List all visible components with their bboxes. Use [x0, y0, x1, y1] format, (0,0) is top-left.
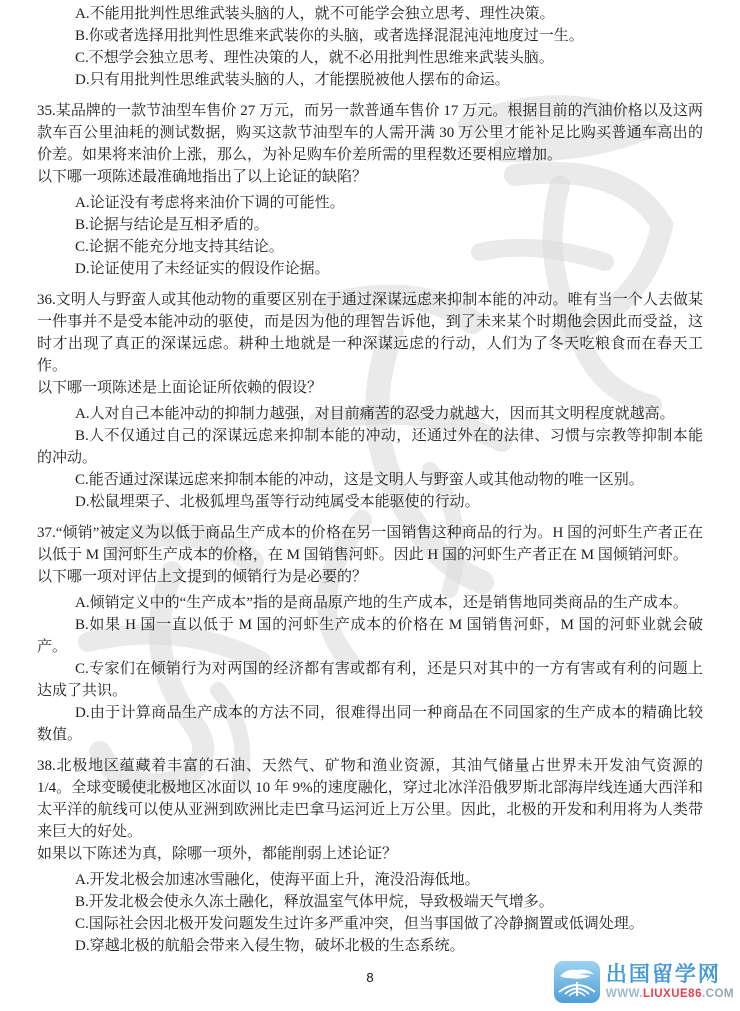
option-line: C.国际社会因北极开发问题发生过许多严重冲突，但当事国做了冷静搁置或低调处理。: [37, 913, 703, 935]
option-label: A.: [75, 406, 90, 422]
option-label: B.: [75, 617, 89, 633]
option-label: C.: [75, 50, 89, 66]
question-stem: 35.某品牌的一款节油型车售价 27 万元，而另一款普通车售价 17 万元。根据…: [37, 100, 703, 166]
option-line: A.论证没有考虑将来油价下调的可能性。: [37, 192, 703, 214]
question-prompt: 以下哪一项对评估上文提到的倾销行为是必要的？: [37, 566, 703, 588]
option-label: D.: [75, 72, 90, 88]
option-label: D.: [75, 261, 90, 277]
option-label: C.: [75, 916, 89, 932]
option-text: 你或者选择用批判性思维来武装你的头脑，或者选择混混沌沌地度过一生。: [89, 28, 584, 44]
option-label: A.: [75, 872, 90, 888]
option-line: C.能否通过深谋远虑来抑制本能的冲动，这是文明人与野蛮人或其他动物的唯一区别。: [37, 469, 703, 491]
option-line: A.不能用批判性思维武装头脑的人，就不可能学会独立思考、理性决策。: [37, 3, 703, 25]
site-url-domain: LIUXUE86: [643, 988, 702, 1000]
question-stem: 37.“倾销”被定义为以低于商品生产成本的价格在另一国销售这种商品的行为。H 国…: [37, 522, 703, 566]
question-text: 北极地区蕴藏着丰富的石油、天然气、矿物和渔业资源，其油气储量占世界未开发油气资源…: [37, 758, 703, 840]
option-line: D.由于计算商品生产成本的方法不同，很难得出同一种商品在不同国家的生产成本的精确…: [37, 702, 703, 746]
question-text: “倾销”被定义为以低于商品生产成本的价格在另一国销售这种商品的行为。H 国的河虾…: [37, 525, 703, 563]
question-37: 37.“倾销”被定义为以低于商品生产成本的价格在另一国销售这种商品的行为。H 国…: [37, 522, 703, 746]
question-prompt: 以下哪一项陈述最准确地指出了以上论证的缺陷？: [37, 166, 703, 188]
option-text: 不能用批判性思维武装头脑的人，就不可能学会独立思考、理性决策。: [90, 6, 555, 22]
option-text: 能否通过深谋远虑来抑制本能的冲动，这是文明人与野蛮人或其他动物的唯一区别。: [89, 472, 644, 488]
question-stem: 36.文明人与野蛮人或其他动物的重要区别在于通过深谋远虑来抑制本能的冲动。唯有当…: [37, 289, 703, 377]
option-label: A.: [75, 595, 90, 611]
option-label: D.: [75, 494, 90, 510]
option-line: D.论证使用了未经证实的假设作论据。: [37, 258, 703, 280]
question-number: 37.: [37, 525, 56, 541]
option-line: C.论据不能充分地支持其结论。: [37, 236, 703, 258]
site-url-prefix: WWW.: [606, 988, 643, 1000]
option-text: 由于计算商品生产成本的方法不同，很难得出同一种商品在不同国家的生产成本的精确比较…: [37, 705, 703, 743]
option-text: 开发北极会加速冰雪融化，使海平面上升，淹没沿海低地。: [90, 872, 480, 888]
option-label: D.: [75, 705, 90, 721]
option-label: D.: [75, 938, 90, 954]
option-text: 倾销定义中的“生产成本”指的是商品原产地的生产成本，还是销售地同类商品的生产成本…: [90, 595, 688, 611]
option-line: B.人不仅通过自己的深谋远虑来抑制本能的冲动，还通过外在的法律、习惯与宗教等抑制…: [37, 425, 703, 469]
question-36: 36.文明人与野蛮人或其他动物的重要区别在于通过深谋远虑来抑制本能的冲动。唯有当…: [37, 289, 703, 513]
question-prompt: 以下哪一项陈述是上面论证所依赖的假设？: [37, 377, 703, 399]
option-label: A.: [75, 195, 90, 211]
site-url: WWW.LIUXUE86.COM: [606, 988, 734, 1000]
site-url-suffix: .COM: [702, 988, 734, 1000]
option-line: B.你或者选择用批判性思维来武装你的头脑，或者选择混混沌沌地度过一生。: [37, 25, 703, 47]
option-label: B.: [75, 894, 89, 910]
option-label: C.: [75, 239, 89, 255]
option-label: C.: [75, 472, 89, 488]
option-label: B.: [75, 28, 89, 44]
option-label: B.: [75, 428, 89, 444]
option-text: 专家们在倾销行为对两国的经济都有害或都有利，还是只对其中的一方有害或有利的问题上…: [37, 661, 703, 699]
option-text: 人不仅通过自己的深谋远虑来抑制本能的冲动，还通过外在的法律、习惯与宗教等抑制本能…: [37, 428, 703, 466]
option-text: 松鼠埋栗子、北极狐埋鸟蛋等行动纯属受本能驱使的行动。: [90, 494, 480, 510]
option-text: 论证使用了未经证实的假设作论据。: [90, 261, 330, 277]
question-number: 36.: [37, 292, 56, 308]
option-line: D.只有用批判性思维武装头脑的人，才能摆脱被他人摆布的命运。: [37, 69, 703, 91]
options-list: A.人对自己本能冲动的抑制力越强，对目前痛苦的忍受力就越大，因而其文明程度就越高…: [37, 403, 703, 513]
option-line: B.如果 H 国一直以低于 M 国的河虾生产成本的价格在 M 国销售河虾，M 国…: [37, 614, 703, 658]
option-text: 论据不能充分地支持其结论。: [89, 239, 284, 255]
site-logo-text: 出国留学网 WWW.LIUXUE86.COM: [606, 964, 734, 1000]
option-line: A.人对自己本能冲动的抑制力越强，对目前痛苦的忍受力就越大，因而其文明程度就越高…: [37, 403, 703, 425]
option-text: 穿越北极的航船会带来入侵生物，破坏北极的生态系统。: [90, 938, 465, 954]
question-number: 38.: [37, 758, 56, 774]
option-text: 国际社会因北极开发问题发生过许多严重冲突，但当事国做了冷静搁置或低调处理。: [89, 916, 644, 932]
options-list: A.论证没有考虑将来油价下调的可能性。B.论据与结论是互相矛盾的。C.论据不能充…: [37, 192, 703, 280]
question-text: 文明人与野蛮人或其他动物的重要区别在于通过深谋远虑来抑制本能的冲动。唯有当一个人…: [37, 292, 703, 374]
document-content: A.不能用批判性思维武装头脑的人，就不可能学会独立思考、理性决策。B.你或者选择…: [0, 0, 740, 957]
option-text: 只有用批判性思维武装头脑的人，才能摆脱被他人摆布的命运。: [90, 72, 510, 88]
question-stem: 38.北极地区蕴藏着丰富的石油、天然气、矿物和渔业资源，其油气储量占世界未开发油…: [37, 755, 703, 843]
options-list: A.开发北极会加速冰雪融化，使海平面上升，淹没沿海低地。B.开发北极会使永久冻土…: [37, 869, 703, 957]
option-label: B.: [75, 217, 89, 233]
option-text: 如果 H 国一直以低于 M 国的河虾生产成本的价格在 M 国销售河虾，M 国的河…: [37, 617, 703, 655]
question-prompt: 如果以下陈述为真，除哪一项外，都能削弱上述论证？: [37, 843, 703, 865]
option-text: 论据与结论是互相矛盾的。: [89, 217, 269, 233]
question-number: 35.: [37, 103, 56, 119]
question-text: 某品牌的一款节油型车售价 27 万元，而另一款普通车售价 17 万元。根据目前的…: [37, 103, 703, 163]
option-line: C.不想学会独立思考、理性决策的人，就不必用批判性思维来武装头脑。: [37, 47, 703, 69]
site-logo-icon: [554, 961, 600, 1003]
question-35: 35.某品牌的一款节油型车售价 27 万元，而另一款普通车售价 17 万元。根据…: [37, 100, 703, 280]
option-text: 开发北极会使永久冻土融化，释放温室气体甲烷，导致极端天气增多。: [89, 894, 554, 910]
option-line: B.论据与结论是互相矛盾的。: [37, 214, 703, 236]
previous-question-options: A.不能用批判性思维武装头脑的人，就不可能学会独立思考、理性决策。B.你或者选择…: [37, 3, 703, 91]
option-line: D.松鼠埋栗子、北极狐埋鸟蛋等行动纯属受本能驱使的行动。: [37, 491, 703, 513]
option-line: B.开发北极会使永久冻土融化，释放温室气体甲烷，导致极端天气增多。: [37, 891, 703, 913]
option-line: A.开发北极会加速冰雪融化，使海平面上升，淹没沿海低地。: [37, 869, 703, 891]
document-page: A.不能用批判性思维武装头脑的人，就不可能学会独立思考、理性决策。B.你或者选择…: [0, 0, 740, 1011]
option-label: A.: [75, 6, 90, 22]
site-name: 出国留学网: [606, 964, 734, 986]
option-text: 论证没有考虑将来油价下调的可能性。: [90, 195, 345, 211]
option-line: C.专家们在倾销行为对两国的经济都有害或都有利，还是只对其中的一方有害或有利的问…: [37, 658, 703, 702]
question-38: 38.北极地区蕴藏着丰富的石油、天然气、矿物和渔业资源，其油气储量占世界未开发油…: [37, 755, 703, 957]
option-text: 人对自己本能冲动的抑制力越强，对目前痛苦的忍受力就越大，因而其文明程度就越高。: [90, 406, 675, 422]
option-label: C.: [75, 661, 89, 677]
option-line: D.穿越北极的航船会带来入侵生物，破坏北极的生态系统。: [37, 935, 703, 957]
options-list: A.倾销定义中的“生产成本”指的是商品原产地的生产成本，还是销售地同类商品的生产…: [37, 592, 703, 746]
site-logo-link[interactable]: 出国留学网 WWW.LIUXUE86.COM: [554, 961, 734, 1003]
option-text: 不想学会独立思考、理性决策的人，就不必用批判性思维来武装头脑。: [89, 50, 554, 66]
option-line: A.倾销定义中的“生产成本”指的是商品原产地的生产成本，还是销售地同类商品的生产…: [37, 592, 703, 614]
